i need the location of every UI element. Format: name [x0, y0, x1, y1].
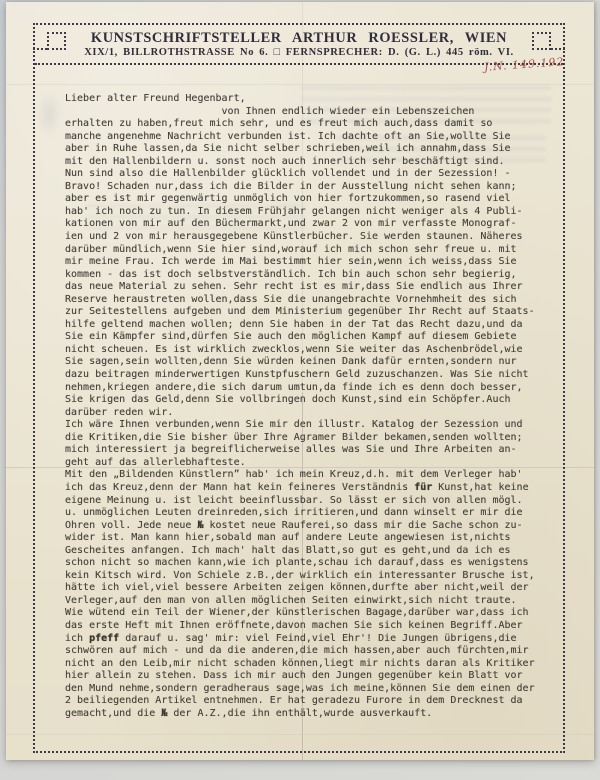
- letter-line: Ich wäre Ihnen verbunden,wenn Sie mir de…: [65, 419, 565, 432]
- letter-line: nicht scheuen. Es ist wirklich zwecklos,…: [65, 344, 565, 357]
- letter-line: ich das Kreuz,denn der Mann hat kein fei…: [65, 482, 565, 495]
- letter-body: Lieber alter Freund Hegenbart, von Ihnen…: [65, 93, 565, 720]
- letter-line: Ohren voll. Jede neue № kostet neue Rauf…: [65, 520, 565, 533]
- letter-line: hilfe geltend machen wollen; denn Sie ha…: [65, 319, 565, 332]
- letter-line: Bravo! Schaden nur,dass ich die Bilder i…: [65, 181, 565, 194]
- letter-line: erhalten zu haben,freut mich sehr, und e…: [65, 118, 565, 131]
- letter-line: wider ist. Man kann hier,sobald man auf …: [65, 532, 565, 545]
- letter-line: Mit den „Bildenden Künstlern” hab' ich m…: [65, 469, 565, 482]
- letter-line: von Ihnen endlich wieder ein Lebenszeich…: [65, 106, 565, 119]
- letter-line: Gescheites anfangen. Ich mach' halt das …: [65, 545, 565, 558]
- letter-line: kein Kitsch wird. Von Schiele z.B.,der w…: [65, 570, 565, 583]
- letter-paper: KUNSTSCHRIFTSTELLER ARTHUR ROESSLER, WIE…: [6, 2, 594, 760]
- letter-line: mich interessiert ja begreiflicherweise …: [65, 444, 565, 457]
- letter-line: aber in Ruhe lassen,da Sie nicht selber …: [65, 143, 565, 156]
- letter-line: kommen - das ist doch selbstverständlich…: [65, 269, 565, 282]
- letter-line: die Kritiken,die Sie bisher über Ihre Ag…: [65, 432, 565, 445]
- letter-line: dazu beitragen minderwertigen Kunstpfusc…: [65, 369, 565, 382]
- letter-line: eigene Meinung u. ist leicht beeinflussb…: [65, 495, 565, 508]
- letter-line: Sie sagen,sein wollten,denn Sie würden k…: [65, 356, 565, 369]
- letterhead-ornament-tail: [33, 48, 47, 50]
- letterhead-ornament-tail: [551, 48, 565, 50]
- letterhead-name: KUNSTSCHRIFTSTELLER ARTHUR ROESSLER, WIE…: [68, 31, 529, 46]
- letter-line: hätte ich viel,viel bessere Arbeiten zei…: [65, 582, 565, 595]
- letter-line: Wie wütend ein Teil der Wiener,der künst…: [65, 607, 565, 620]
- letter-line: gemacht,und die № der A.Z.,die ihn enthä…: [65, 708, 565, 721]
- letter-line: Reserve heraustreten wollen,dass Sie die…: [65, 294, 565, 307]
- letter-line: manche angenehme Nachricht verbunden ist…: [65, 131, 565, 144]
- letter-line: mit den Hallenbildern u. sonst noch auch…: [65, 156, 565, 169]
- letter-line: das erste Heft mit Ihnen eröffnete,davon…: [65, 620, 565, 633]
- letter-line: mir meine Frau. Ich werde im Mai bestimm…: [65, 256, 565, 269]
- letter-line: ich pfeff darauf u. sag' mir: viel Feind…: [65, 633, 565, 646]
- letter-line: Verleger,auf den man von allen möglichen…: [65, 595, 565, 608]
- letter-line: ien und 2 von mir herausgegebene Künstle…: [65, 231, 565, 244]
- letter-line: aber es ist mir gegenwärtig unmöglich vo…: [65, 193, 565, 206]
- letter-line: geht auf das allerlebhafteste.: [65, 457, 565, 470]
- letter-line: darüber mündlich,wenn Sie hier sind,wora…: [65, 244, 565, 257]
- photo-of-letter: { "letterhead": { "name": "KUNSTSCHRIFTS…: [0, 0, 600, 780]
- letterhead: KUNSTSCHRIFTSTELLER ARTHUR ROESSLER, WIE…: [35, 25, 563, 65]
- letterhead-ornament-square-right: [532, 32, 551, 50]
- letterhead-ornament-square-left: [47, 32, 66, 50]
- letter-line: hier allein zu stehen. Dass ich mir auch…: [65, 670, 565, 683]
- letter-line: Sie krigen das Geld,denn Sie vollbringen…: [65, 394, 565, 407]
- letterhead-address: XIX/1, BILLROTHSTRASSE No 6. □ FERNSPREC…: [66, 47, 532, 59]
- letter-line: Sie ein Kämpfer sind,dürfen Sie auch den…: [65, 331, 565, 344]
- letter-line: 2 beiliegenden Artikel entnehmen. Er hat…: [65, 695, 565, 708]
- letter-line: nehmen,kriegen andere,die sich darum umt…: [65, 382, 565, 395]
- letter-line: das neue Material zu sehen. Sehr recht i…: [65, 281, 565, 294]
- letter-line: Nun sind also die Hallenbilder glücklich…: [65, 168, 565, 181]
- letter-line: darüber reden wir.: [65, 407, 565, 420]
- letterhead-text: KUNSTSCHRIFTSTELLER ARTHUR ROESSLER, WIE…: [66, 31, 532, 59]
- letter-line: nicht an den Leib,mir nicht schaden könn…: [65, 658, 565, 671]
- letter-line: schon nicht so machen kann,wie ich plant…: [65, 557, 565, 570]
- letter-line: den Mund nehme,sondern geradheraus sage,…: [65, 683, 565, 696]
- letter-line: schwören auf mich - und da die anderen,d…: [65, 645, 565, 658]
- letter-line: u. unmöglichen Leuten dreinreden,sich ir…: [65, 507, 565, 520]
- letter-line: Lieber alter Freund Hegenbart,: [65, 93, 565, 106]
- letter-line: hab' ich noch zu tun. In diesem Frühjahr…: [65, 206, 565, 219]
- letter-line: zur Seitestellens aufgeben und dem Minis…: [65, 306, 565, 319]
- letter-line: kationen von mir auf den Büchermarkt,und…: [65, 218, 565, 231]
